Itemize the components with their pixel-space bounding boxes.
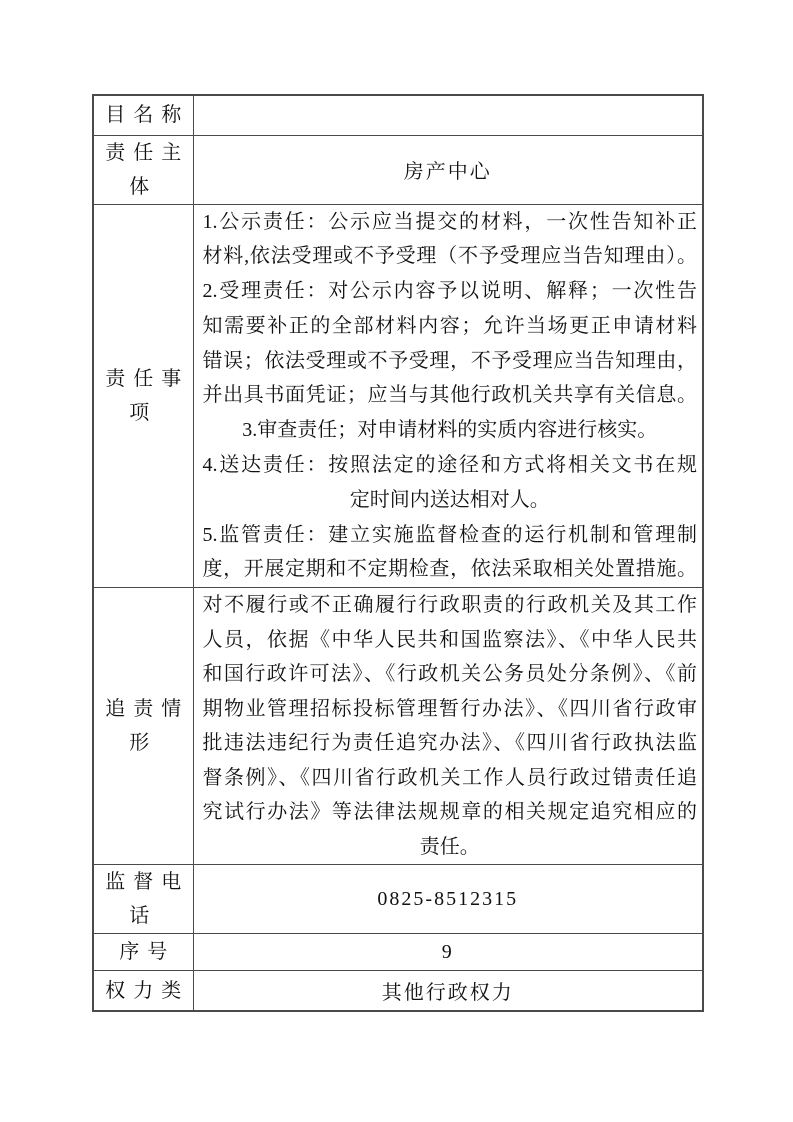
text-line: 知需要补正的全部材料内容；允许当场更正申请材料 (203, 309, 698, 344)
text-line: 错误；依法受理或不予受理，不予受理应当告知理由， (203, 344, 698, 379)
row-label-supervision-phone: 监督电 话 (93, 865, 193, 934)
text-line: 5.监管责任：建立实施监督检查的运行机制和管理制 (203, 518, 698, 553)
table-row-serial-number: 序号 9 (93, 934, 703, 971)
text-line: 人员，依据《中华人民共和国监察法》、《中华人民共 (203, 623, 698, 658)
text-line: 2.受理责任：对公示内容予以说明、解释；一次性告 (203, 274, 698, 309)
table-row-supervision-phone: 监督电 话 0825-8512315 (93, 865, 703, 934)
responsibility-table: 目名称 责任主 体 房产中心 责任事 项 1.公示责任：公示应当提交的材料，一次… (92, 94, 704, 1012)
row-value-responsible-subject: 房产中心 (193, 135, 703, 204)
row-label-serial-number: 序号 (93, 934, 193, 971)
text-line: 对不履行或不正确履行行政职责的行政机关及其工作 (203, 588, 698, 623)
table-row-item-name: 目名称 (93, 95, 703, 135)
row-value-supervision-phone: 0825-8512315 (193, 865, 703, 934)
row-value-accountability-situations: 对不履行或不正确履行行政职责的行政机关及其工作人员，依据《中华人民共和国监察法》… (193, 588, 703, 865)
document-page: 目名称 责任主 体 房产中心 责任事 项 1.公示责任：公示应当提交的材料，一次… (0, 0, 793, 1122)
text-line: 批违法违纪行为责任追究办法》、《四川省行政执法监 (203, 726, 698, 761)
row-value-item-name (193, 95, 703, 135)
text-line: 并出具书面凭证；应当与其他行政机关共享有关信息。 (203, 378, 698, 413)
table-row-responsibility-items: 责任事 项 1.公示责任：公示应当提交的材料，一次性告知补正材料,依法受理或不予… (93, 204, 703, 588)
row-label-accountability-situations: 追责情 形 (93, 588, 193, 865)
text-line: 度，开展定期和不定期检查，依法采取相关处置措施。 (203, 552, 698, 587)
table-row-accountability-situations: 追责情 形 对不履行或不正确履行行政职责的行政机关及其工作人员，依据《中华人民共… (93, 588, 703, 865)
row-value-power-category: 其他行政权力 (193, 971, 703, 1011)
row-label-responsible-subject: 责任主 体 (93, 135, 193, 204)
text-line: 究试行办法》等法律法规规章的相关规定追究相应的 (203, 795, 698, 830)
text-line: 定时间内送达相对人。 (203, 483, 698, 518)
text-line: 材料,依法受理或不予受理（不予受理应当告知理由）。 (203, 239, 698, 274)
row-label-power-category: 权力类 (93, 971, 193, 1011)
row-label-responsibility-items: 责任事 项 (93, 204, 193, 588)
text-line: 期物业管理招标投标管理暂行办法》、《四川省行政审 (203, 692, 698, 727)
table-row-responsible-subject: 责任主 体 房产中心 (93, 135, 703, 204)
table-row-power-category: 权力类 其他行政权力 (93, 971, 703, 1011)
text-line: 和国行政许可法》、《行政机关公务员处分条例》、《前 (203, 657, 698, 692)
text-line: 责任。 (203, 830, 698, 865)
row-label-item-name: 目名称 (93, 95, 193, 135)
text-line: 3.审查责任；对申请材料的实质内容进行核实。 (203, 413, 698, 448)
text-line: 4.送达责任：按照法定的途径和方式将相关文书在规 (203, 448, 698, 483)
row-value-responsibility-items: 1.公示责任：公示应当提交的材料，一次性告知补正材料,依法受理或不予受理（不予受… (193, 204, 703, 588)
row-value-serial-number: 9 (193, 934, 703, 971)
text-line: 1.公示责任：公示应当提交的材料，一次性告知补正 (203, 205, 698, 240)
text-line: 督条例》、《四川省行政机关工作人员行政过错责任追 (203, 761, 698, 796)
